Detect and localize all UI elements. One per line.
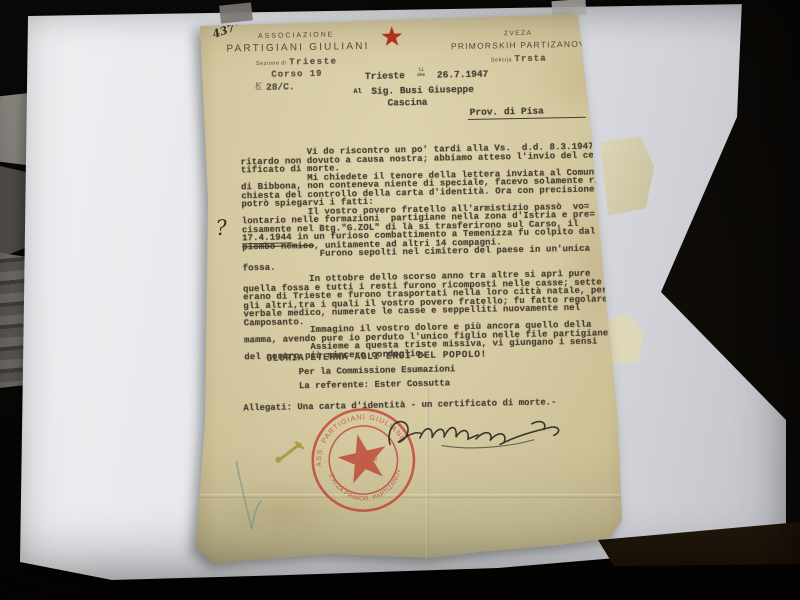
section-line: Sekcija Trsta (449, 52, 589, 66)
committee-line: Per la Commissione Esumazioni (299, 364, 456, 377)
addressee-salutation: Al (353, 88, 362, 96)
signature (381, 407, 582, 461)
dateline: Trieste lidne 26.7.1947 (365, 70, 405, 82)
section-label: Sekcija (491, 57, 512, 63)
letterhead-right: ZVEZA PRIMORSKIH PARTIZANOV Sekcija Trst… (448, 29, 589, 66)
org-name-italian-small: ASSOCIAZIONE (226, 31, 366, 41)
protocol-number: 28/C. (266, 81, 295, 93)
org-name-slovene-small: ZVEZA (448, 29, 588, 39)
stamp-center-bottom: TRST (355, 462, 371, 470)
addressee-name: Sig. Busi Giuseppe (371, 84, 474, 97)
yellow-ink-mark (272, 438, 309, 467)
number-labels: N°Št. (255, 82, 263, 91)
dateline-date: 26.7.1947 (437, 69, 489, 81)
addressee-town: Cascina (387, 97, 427, 109)
photo-of-letter: 437° ASSOCIAZIONE PARTIGIANI GIULIANI Se… (0, 0, 800, 600)
body-lines: Vi do riscontro un po' tardi alla Vs. d.… (240, 142, 616, 361)
red-star-icon: ★ (380, 22, 404, 52)
org-name-slovene: PRIMORSKIH PARTIZANOV (448, 39, 588, 52)
letter-wrap: 437° ASSOCIAZIONE PARTIGIANI GIULIANI Se… (0, 0, 800, 600)
handwritten-question-mark: ? (215, 215, 228, 240)
letter-content: 437° ASSOCIAZIONE PARTIGIANI GIULIANI Se… (186, 4, 649, 573)
dateline-city: Trieste (365, 70, 405, 82)
letterhead-left: ASSOCIAZIONE PARTIGIANI GIULIANI Sezione… (226, 31, 367, 94)
section-value: Trieste (289, 56, 337, 67)
green-pen-mark (226, 457, 268, 544)
street-address: Corso 19 (227, 68, 367, 81)
protocol-number-line: N°Št. 28/C. (227, 80, 367, 94)
addressee-province: Prov. di Pisa (468, 105, 586, 120)
org-name-italian: PARTIGIANI GIULIANI (226, 41, 366, 55)
dateline-day-labels: lidne (417, 69, 425, 78)
section-line: Sezione di Trieste (227, 55, 367, 69)
referent-line: La referente: Ester Cossutta (299, 378, 450, 391)
section-label: Sezione di (256, 60, 287, 67)
letter-document: 437° ASSOCIAZIONE PARTIGIANI GIULIANI Se… (190, 8, 642, 568)
section-value: Trsta (514, 53, 546, 64)
typed-text: fossa. (243, 262, 276, 273)
